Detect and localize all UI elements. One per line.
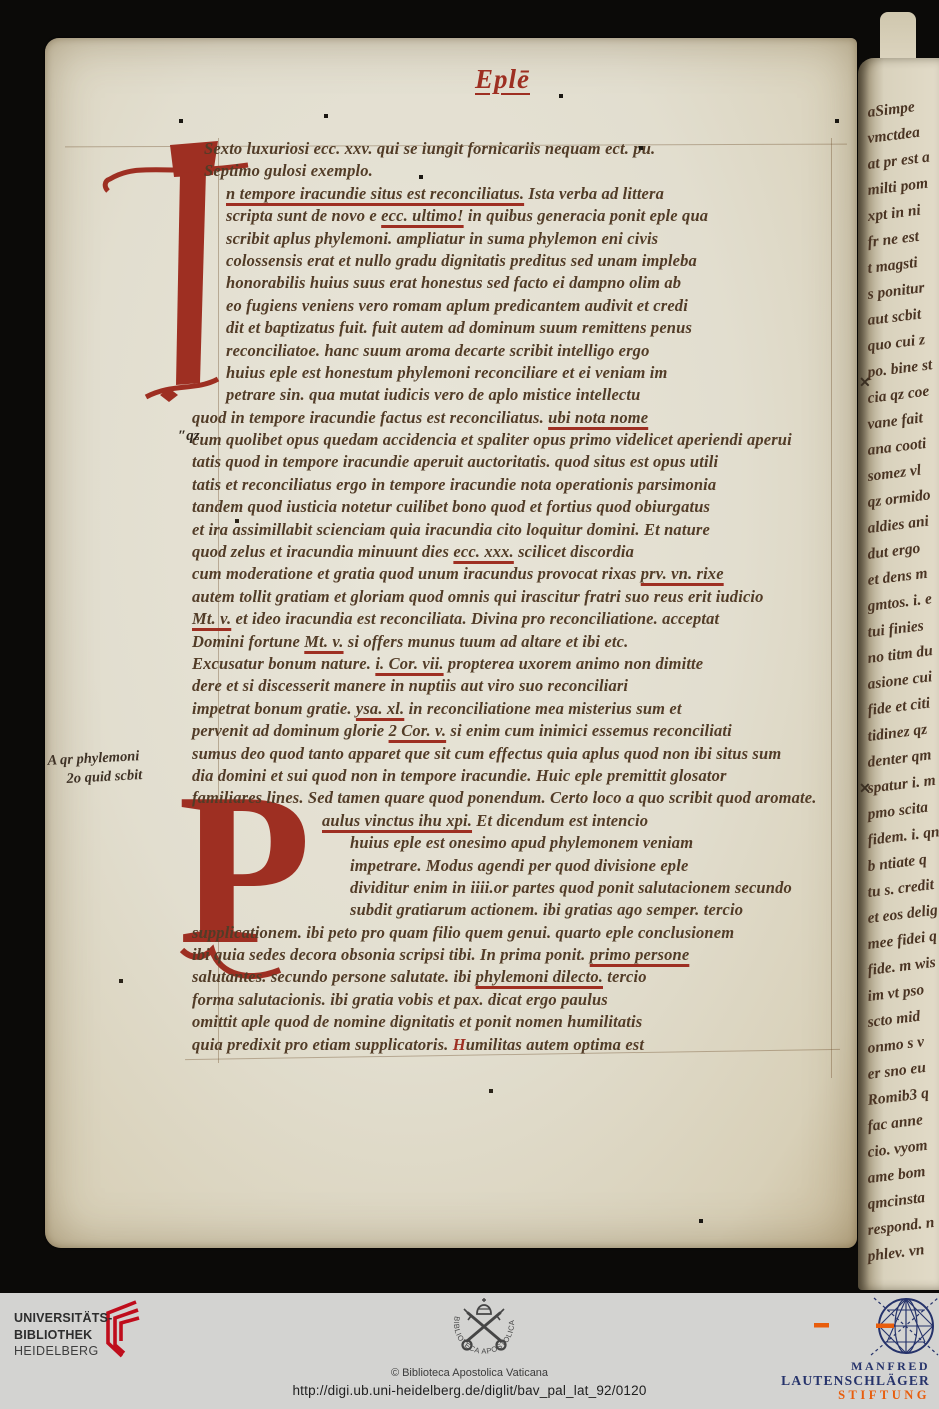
text-line: scribit aplus phylemoni. ampliatur in su…: [226, 228, 842, 250]
text-line: cum moderatione et gratia quod unum irac…: [192, 563, 842, 585]
ink-specks: [45, 38, 47, 40]
text-line: quod in tempore iracundie factus est rec…: [192, 407, 842, 429]
text-line: cum quolibet opus quedam accidencia et s…: [192, 429, 842, 451]
text-line: omittit aple quod de nomine dignitatis e…: [192, 1011, 842, 1033]
manuscript-page: Eplē P Sexto luxuriosi ecc. xxv. qui se …: [45, 38, 857, 1248]
ml-line: STIFTUNG: [781, 1388, 930, 1403]
ub-line: UNIVERSITÄTS-: [14, 1310, 112, 1327]
ub-line: HEIDELBERG: [14, 1343, 112, 1360]
text-line: Septimo gulosi exemplo.: [204, 160, 842, 182]
vatican-library-emblem-icon: BIBLIOTECA APOSTOLICA VATICANA: [424, 1296, 544, 1368]
text-line: quia predixit pro etiam supplicatoris. H…: [192, 1034, 842, 1056]
margin-note: A qr phylemoni 2o quid scbit: [47, 744, 199, 790]
text-line: huius eple est onesimo apud phylemonem v…: [350, 832, 842, 854]
running-title: Eplē: [475, 64, 530, 94]
text-line: scripta sunt de novo e ecc. ultimo! in q…: [226, 205, 842, 227]
margin-cross-mark: ✕: [859, 374, 871, 391]
text-line: colossensis erat et nullo gradu dignitat…: [226, 250, 842, 272]
text-line: ibi quia sedes decora obsonia scripsi ti…: [192, 944, 842, 966]
manuscript-text: Sexto luxuriosi ecc. xxv. qui se iungit …: [192, 138, 842, 1056]
text-line: dividitur enim in iiii.or partes quod po…: [350, 877, 842, 899]
text-line: aulus vinctus ihu xpi. Et dicendum est i…: [322, 810, 842, 832]
text-line: n tempore iracundie situs est reconcilia…: [226, 183, 842, 205]
text-line: tandem quod iusticia notetur cuilibet bo…: [192, 496, 842, 518]
ub-heidelberg-wordmark: UNIVERSITÄTS- BIBLIOTHEK HEIDELBERG: [14, 1310, 112, 1360]
text-line: petrare sin. qua mutat iudicis vero de a…: [226, 384, 842, 406]
text-line: impetrare. Modus agendi per quod divisio…: [350, 855, 842, 877]
text-line: huius eple est honestum phylemoni reconc…: [226, 362, 842, 384]
text-line: subdit gratiarum actionem. ibi gratias a…: [350, 899, 842, 921]
ml-stiftung-wordmark: MANFRED LAUTENSCHLÄGER STIFTUNG: [781, 1359, 930, 1403]
text-line: dia domini et sui quod non in tempore ir…: [192, 765, 842, 787]
ub-line: BIBLIOTHEK: [14, 1327, 112, 1344]
ml-line: MANFRED: [781, 1359, 930, 1373]
text-line: reconciliatoe. hanc suum aroma decarte s…: [226, 340, 842, 362]
text-line: tatis et reconciliatus ergo in tempore i…: [192, 474, 842, 496]
text-line: et ira assimillabit scienciam quia iracu…: [192, 519, 842, 541]
text-line: honorabilis huius suus erat honestus sed…: [226, 272, 842, 294]
text-line: Mt. v. et ideo iracundia est reconciliat…: [192, 608, 842, 630]
text-line: Excusatur bonum nature. i. Cor. vii. pro…: [192, 653, 842, 675]
ml-stiftung-logo-icon: [812, 1296, 939, 1358]
text-line: salutantes. secundo persone salutate. ib…: [192, 966, 842, 988]
text-line: pervenit ad dominum glorie 2 Cor. v. si …: [192, 720, 842, 742]
text-line: dere et si discesserit manere in nuptiis…: [192, 675, 842, 697]
text-line: quod zelus et iracundia minuunt dies ecc…: [192, 541, 842, 563]
text-line: Sexto luxuriosi ecc. xxv. qui se iungit …: [204, 138, 842, 160]
text-line: impetrat bonum gratie. ysa. xl. in recon…: [192, 698, 842, 720]
text-line: tatis quod in tempore iracundie aperuit …: [192, 451, 842, 473]
margin-cross-mark: ✕: [859, 780, 871, 797]
text-line: supplicationem. ibi peto pro quam filio …: [192, 922, 842, 944]
ml-line: LAUTENSCHLÄGER: [781, 1373, 930, 1388]
text-line: eo fugiens veniens vero romam aplum pred…: [226, 295, 842, 317]
facing-text: aSimpevmctdeaat pr est amilti pomxpt in …: [868, 100, 939, 1270]
text-line: autem tollit gratiam et gloriam quod omn…: [192, 586, 842, 608]
footer-bar: UNIVERSITÄTS- BIBLIOTHEK HEIDELBERG BIBL…: [0, 1293, 939, 1409]
margin-mark: ″qz: [178, 428, 200, 445]
scan-viewport: Eplē P Sexto luxuriosi ecc. xxv. qui se …: [0, 0, 939, 1409]
text-line: sumus deo quod tanto apparet que sit cum…: [192, 743, 842, 765]
text-line: dit et baptizatus fuit. fuit autem ad do…: [226, 317, 842, 339]
text-line: Domini fortune Mt. v. si offers munus tu…: [192, 631, 842, 653]
text-line: forma salutacionis. ibi gratia vobis et …: [192, 989, 842, 1011]
text-line: familiares lines. Sed tamen quare quod p…: [192, 787, 842, 809]
facing-page-edge: aSimpevmctdeaat pr est amilti pomxpt in …: [858, 58, 939, 1290]
